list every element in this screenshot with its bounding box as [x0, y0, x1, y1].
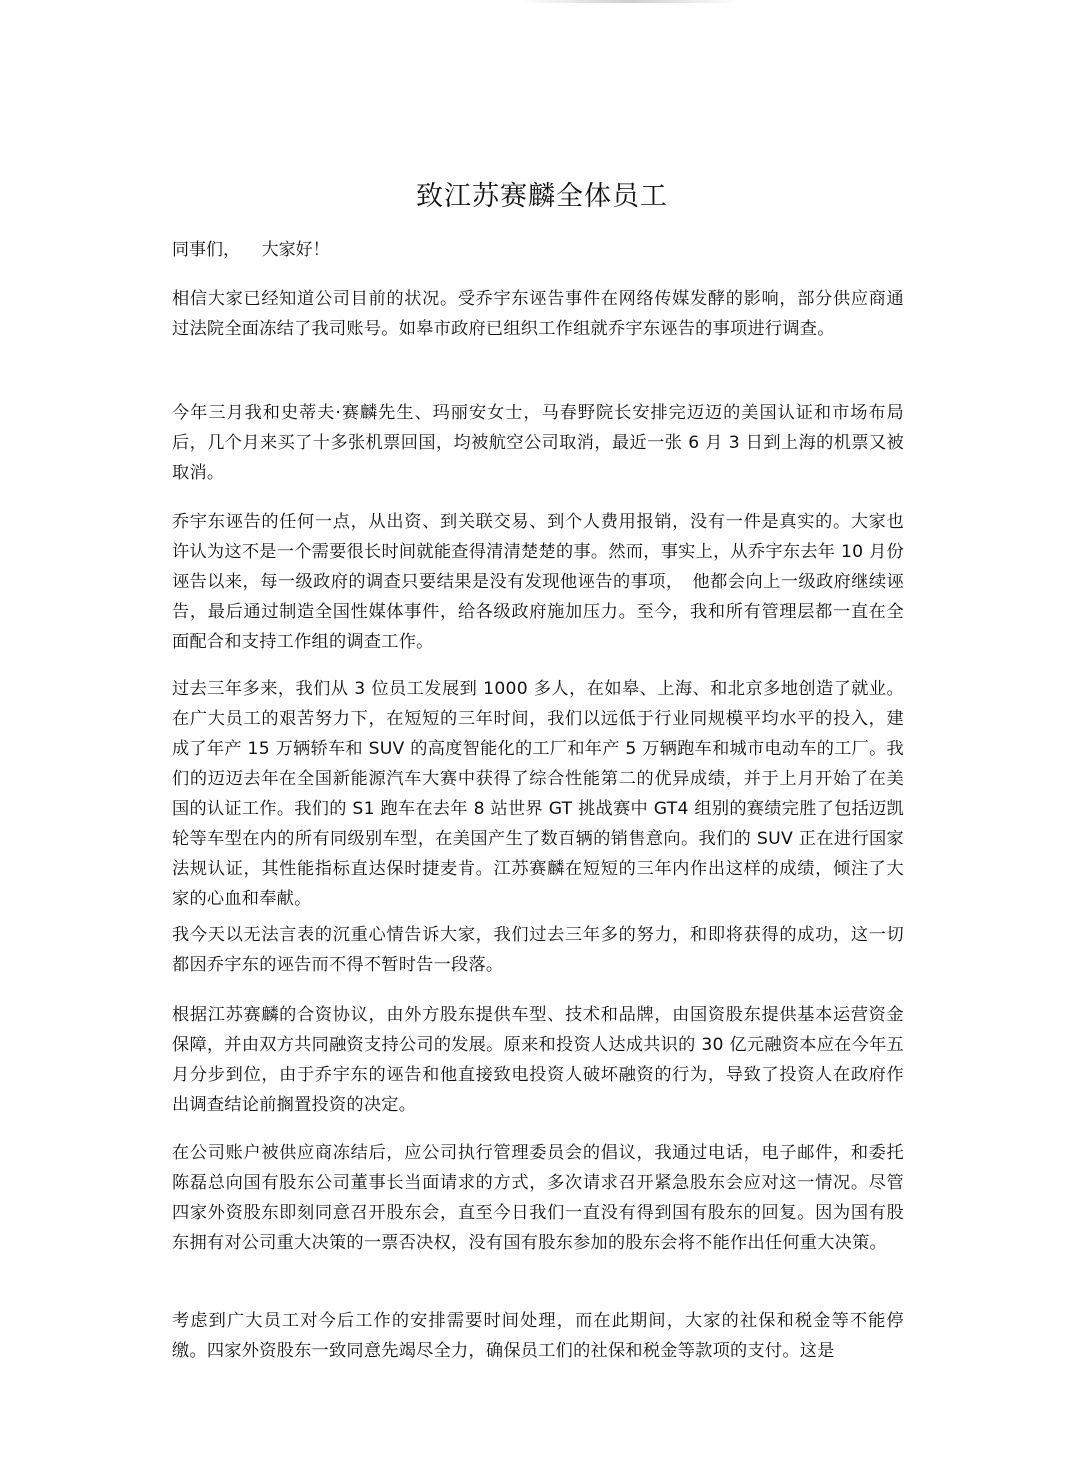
paragraph-1: 相信大家已经知道公司目前的状况。受乔宇东诬告事件在网络传媒发酵的影响，部分供应商…	[172, 284, 904, 344]
scan-edge-artifact	[520, 0, 740, 3]
letter-title: 致江苏赛麟全体员工	[172, 174, 912, 213]
paragraph-4: 过去三年多来，我们从 3 位员工发展到 1000 多人，在如皋、上海、和北京多地…	[172, 674, 904, 914]
paragraph-5: 我今天以无法言表的沉重心情告诉大家，我们过去三年多的努力，和即将获得的成功，这一…	[172, 920, 904, 980]
letter-greeting: 同事们， 大家好！	[172, 240, 330, 260]
paragraph-2: 今年三月我和史蒂夫·赛麟先生、玛丽安女士，马春野院长安排完迈迈的美国认证和市场布…	[172, 398, 904, 488]
paragraph-6: 根据江苏赛麟的合资协议，由外方股东提供车型、技术和品牌，由国资股东提供基本运营资…	[172, 1000, 904, 1120]
paragraph-8: 考虑到广大员工对今后工作的安排需要时间处理，而在此期间，大家的社保和税金等不能停…	[172, 1306, 904, 1366]
paragraph-7: 在公司账户被供应商冻结后，应公司执行管理委员会的倡议，我通过电话，电子邮件，和委…	[172, 1138, 904, 1258]
paragraph-3: 乔宇东诬告的任何一点，从出资、到关联交易、到个人费用报销，没有一件是真实的。大家…	[172, 507, 904, 657]
